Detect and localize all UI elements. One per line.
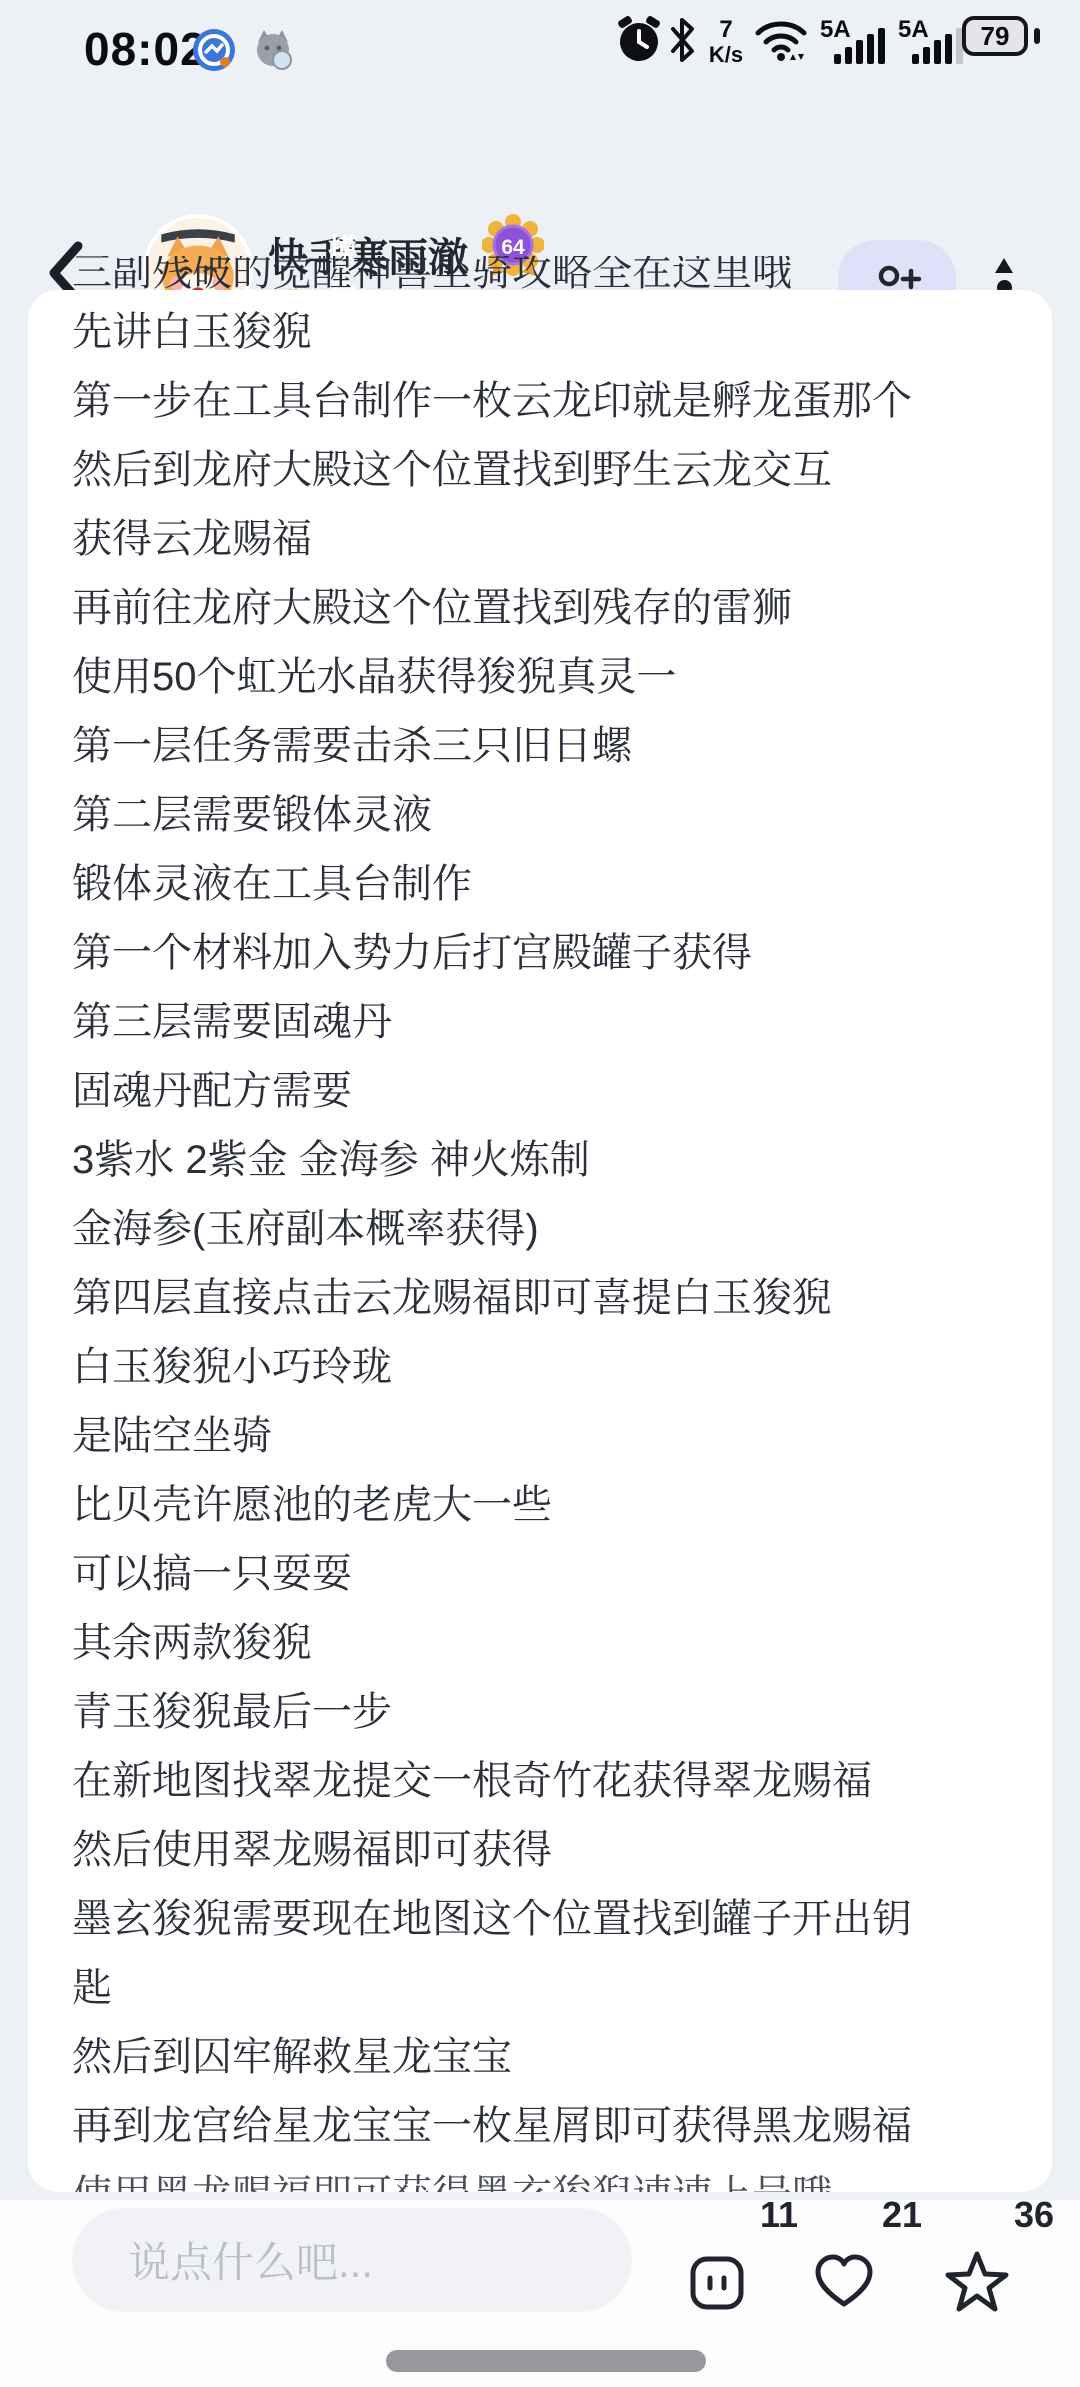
star-count: 36 <box>1014 2194 1054 2236</box>
content-line: 使用50个虹光水晶获得狻猊真灵一 <box>72 643 1012 712</box>
status-bar: 08:02 7 <box>0 0 1080 78</box>
bluetooth-icon <box>668 16 698 64</box>
like-button[interactable]: 21 <box>812 2200 922 2320</box>
net-speed: 7 K/s <box>700 18 752 66</box>
content-line: 第一层任务需要击杀三只旧日螺 <box>72 712 1012 781</box>
content-line: 再前往龙府大殿这个位置找到残存的雷狮 <box>72 574 1012 643</box>
content-line: 金海参(玉府副本概率获得) <box>72 1195 1012 1264</box>
message-card[interactable]: 先讲白玉狻猊第一步在工具台制作一枚云龙印就是孵龙蛋那个然后到龙府大殿这个位置找到… <box>28 290 1052 2192</box>
clock-time: 08:02 <box>84 22 207 76</box>
alarm-icon <box>614 16 664 64</box>
content-line: 其余两款狻猊 <box>72 1609 1012 1678</box>
content-line: 第四层直接点击云龙赐福即可喜提白玉狻猊 <box>72 1264 1012 1333</box>
content-line: 第一个材料加入势力后打宫殿罐子获得 <box>72 919 1012 988</box>
net-speed-unit: K/s <box>700 44 752 66</box>
like-count: 21 <box>882 2194 922 2236</box>
comment-placeholder: 说点什么吧... <box>128 2230 373 2290</box>
signal-sim2: 5A <box>898 16 970 64</box>
net-speed-value: 7 <box>700 18 752 42</box>
clipped-line-top: 三副残破的觉醒神兽坐骑攻略全在这里哦 <box>72 256 1012 290</box>
content-line: 获得云龙赐福 <box>72 505 1012 574</box>
content-line: 比贝壳许愿池的老虎大一些 <box>72 1471 1012 1540</box>
content-line: 第三层需要固魂丹 <box>72 988 1012 1057</box>
content-line: 先讲白玉狻猊 <box>72 298 1012 367</box>
battery-icon: 79 <box>962 16 1028 56</box>
battery-nub <box>1034 28 1040 44</box>
content-line: 再到龙宫给星龙宝宝一枚星屑即可获得黑龙赐福 <box>72 2092 1012 2161</box>
content-line: 可以搞一只耍耍 <box>72 1540 1012 1609</box>
star-icon <box>944 2250 1010 2312</box>
comment-input[interactable]: 说点什么吧... <box>72 2208 632 2312</box>
content-line: 锻体灵液在工具台制作 <box>72 850 1012 919</box>
paw-notification-icon <box>250 26 296 72</box>
content-line: 墨玄狻猊需要现在地图这个位置找到罐子开出钥 <box>72 1885 1012 1954</box>
star-button[interactable]: 36 <box>944 2200 1054 2320</box>
heart-icon <box>812 2252 876 2312</box>
battery-percent: 79 <box>981 21 1010 52</box>
content-line: 然后使用翠龙赐福即可获得 <box>72 1816 1012 1885</box>
app-notification-icon <box>192 28 236 72</box>
sim2-bars <box>898 28 970 64</box>
comment-count: 11 <box>760 2194 798 2236</box>
chat-header: 快手寒雨澈 64 摸鱼达人 <box>0 96 1080 252</box>
content-line: 第一步在工具台制作一枚云龙印就是孵龙蛋那个 <box>72 367 1012 436</box>
screen: 08:02 7 <box>0 0 1080 2387</box>
wifi-icon <box>752 16 810 64</box>
home-indicator[interactable] <box>386 2350 706 2372</box>
content-line: 青玉狻猊最后一步 <box>72 1678 1012 1747</box>
message-text: 先讲白玉狻猊第一步在工具台制作一枚云龙印就是孵龙蛋那个然后到龙府大殿这个位置找到… <box>72 298 1012 2161</box>
sim1-bars <box>820 28 892 64</box>
content-line: 匙 <box>72 1954 1012 2023</box>
content-line: 在新地图找翠龙提交一根奇竹花获得翠龙赐福 <box>72 1747 1012 1816</box>
comment-button[interactable]: 11 <box>688 2200 798 2320</box>
signal-sim1: 5A <box>820 16 892 64</box>
comment-icon <box>688 2254 746 2312</box>
content-line: 第二层需要锻体灵液 <box>72 781 1012 850</box>
content-line: 然后到囚牢解救星龙宝宝 <box>72 2023 1012 2092</box>
content-line: 白玉狻猊小巧玲珑 <box>72 1333 1012 1402</box>
content-line: 固魂丹配方需要 <box>72 1057 1012 1126</box>
content-line: 是陆空坐骑 <box>72 1402 1012 1471</box>
content-line: 3紫水 2紫金 金海参 神火炼制 <box>72 1126 1012 1195</box>
content-line: 然后到龙府大殿这个位置找到野生云龙交互 <box>72 436 1012 505</box>
clipped-line-bottom: 使用黑龙赐福即可获得墨玄狻猊速速上号哦 <box>72 2161 1012 2192</box>
